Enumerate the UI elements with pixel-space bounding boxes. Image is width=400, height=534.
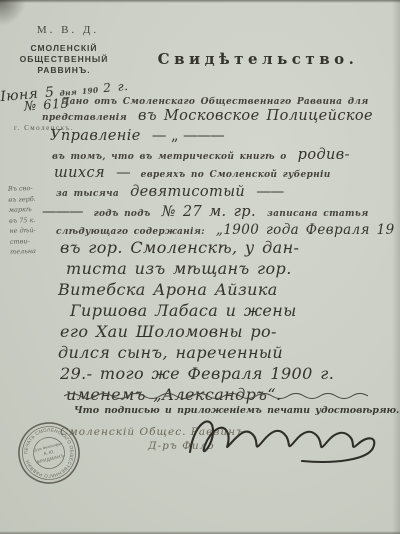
ink-dash: —— <box>256 184 283 200</box>
body-line: Управленіе — „ ——— <box>42 125 394 144</box>
body-line: его Хаи Шоломовны ро- <box>42 322 394 343</box>
handwritten-text: родив- <box>298 147 350 163</box>
handwritten-text: Гиршова Лабаса и жены <box>70 301 297 320</box>
certificate-body: Дано отъ Смоленскаго Общественнаго Равви… <box>42 89 394 406</box>
letterhead-org-line: ОБЩЕСТВЕННЫЙ <box>0 54 134 65</box>
handwritten-text: Управленіе <box>50 128 141 144</box>
handwritten-text: въ Московское Полицейское <box>138 108 373 124</box>
body-line: слѣдующаго содержанія: „1900 года Феврал… <box>42 219 394 238</box>
letterhead-ministry: М. В. Д. <box>10 24 126 36</box>
handwritten-text: дился сынъ, нареченный <box>58 343 283 362</box>
scanned-certificate-page: М. В. Д. СМОЛЕНСКІЙ ОБЩЕСТВЕННЫЙ РАВВИНЪ… <box>0 0 400 534</box>
body-line: ——— годъ подъ № 27 м. гр. записана стать… <box>42 201 394 219</box>
handwritten-text: шихся <box>54 165 105 181</box>
body-line: 29.- того же Февраля 1900 г. <box>42 364 394 385</box>
handwritten-text: № 27 м. гр. <box>162 204 256 220</box>
printed-text: за тысяча <box>56 189 119 199</box>
printed-text: записана статья <box>267 209 368 219</box>
letterhead-organization: СМОЛЕНСКІЙ ОБЩЕСТВЕННЫЙ РАВВИНЪ. <box>0 43 134 76</box>
handwritten-text: „1900 года Февраля 19 дня, <box>216 222 400 238</box>
printed-text: слѣдующаго содержанія: <box>56 227 205 237</box>
body-line: въ томъ, что въ метрической книгѣ о роди… <box>42 144 394 162</box>
ink-dash: ——— <box>42 204 83 220</box>
handwritten-text: его Хаи Шоломовны ро- <box>60 322 277 341</box>
printed-text: представленія <box>42 113 127 123</box>
ink-dash: — <box>116 165 130 181</box>
letterhead-org-line: СМОЛЕНСКІЙ <box>0 43 134 54</box>
body-line: шихся — евреяхъ по Смоленской губерніи <box>42 162 394 181</box>
ink-dash: — „ ——— <box>152 128 224 144</box>
handwritten-text: Витебска Арона Айзика <box>58 280 278 299</box>
body-line: Гиршова Лабаса и жены <box>42 301 394 322</box>
printed-text: евреяхъ по Смоленской губерніи <box>141 170 331 180</box>
printed-text: годъ подъ <box>94 209 151 219</box>
wavy-separator-line <box>64 391 368 401</box>
handwritten-text: 29.- того же Февраля 1900 г. <box>60 364 334 383</box>
handwritten-text: тиста изъ мѣщанъ гор. <box>66 259 292 278</box>
body-line: Дано отъ Смоленскаго Общественнаго Равви… <box>42 89 394 105</box>
letterhead-org-line: РАВВИНЪ. <box>0 65 134 76</box>
body-line: представленія въ Московское Полицейское <box>42 105 394 125</box>
page-title: Свидѣтельство. <box>126 50 390 68</box>
signature-icon <box>176 408 388 470</box>
body-line: въ гор. Смоленскѣ, у дан- <box>42 238 394 259</box>
handwritten-text: въ гор. Смоленскѣ, у дан- <box>60 238 299 257</box>
body-line: тиста изъ мѣщанъ гор. <box>42 259 394 280</box>
handwritten-text: девятисотый <box>130 184 245 200</box>
body-line: за тысяча девятисотый —— <box>42 181 394 201</box>
printed-text: въ томъ, что въ метрической книгѣ о <box>52 152 287 162</box>
rabbi-seal-stamp-icon: ПЕЧАТЬ СМОЛЕНСКАГО ОБЩЕСТВЕННАГО РАВВИНА… <box>2 406 97 501</box>
body-line: дился сынъ, нареченный <box>42 343 394 364</box>
body-line: Витебска Арона Айзика <box>42 280 394 301</box>
